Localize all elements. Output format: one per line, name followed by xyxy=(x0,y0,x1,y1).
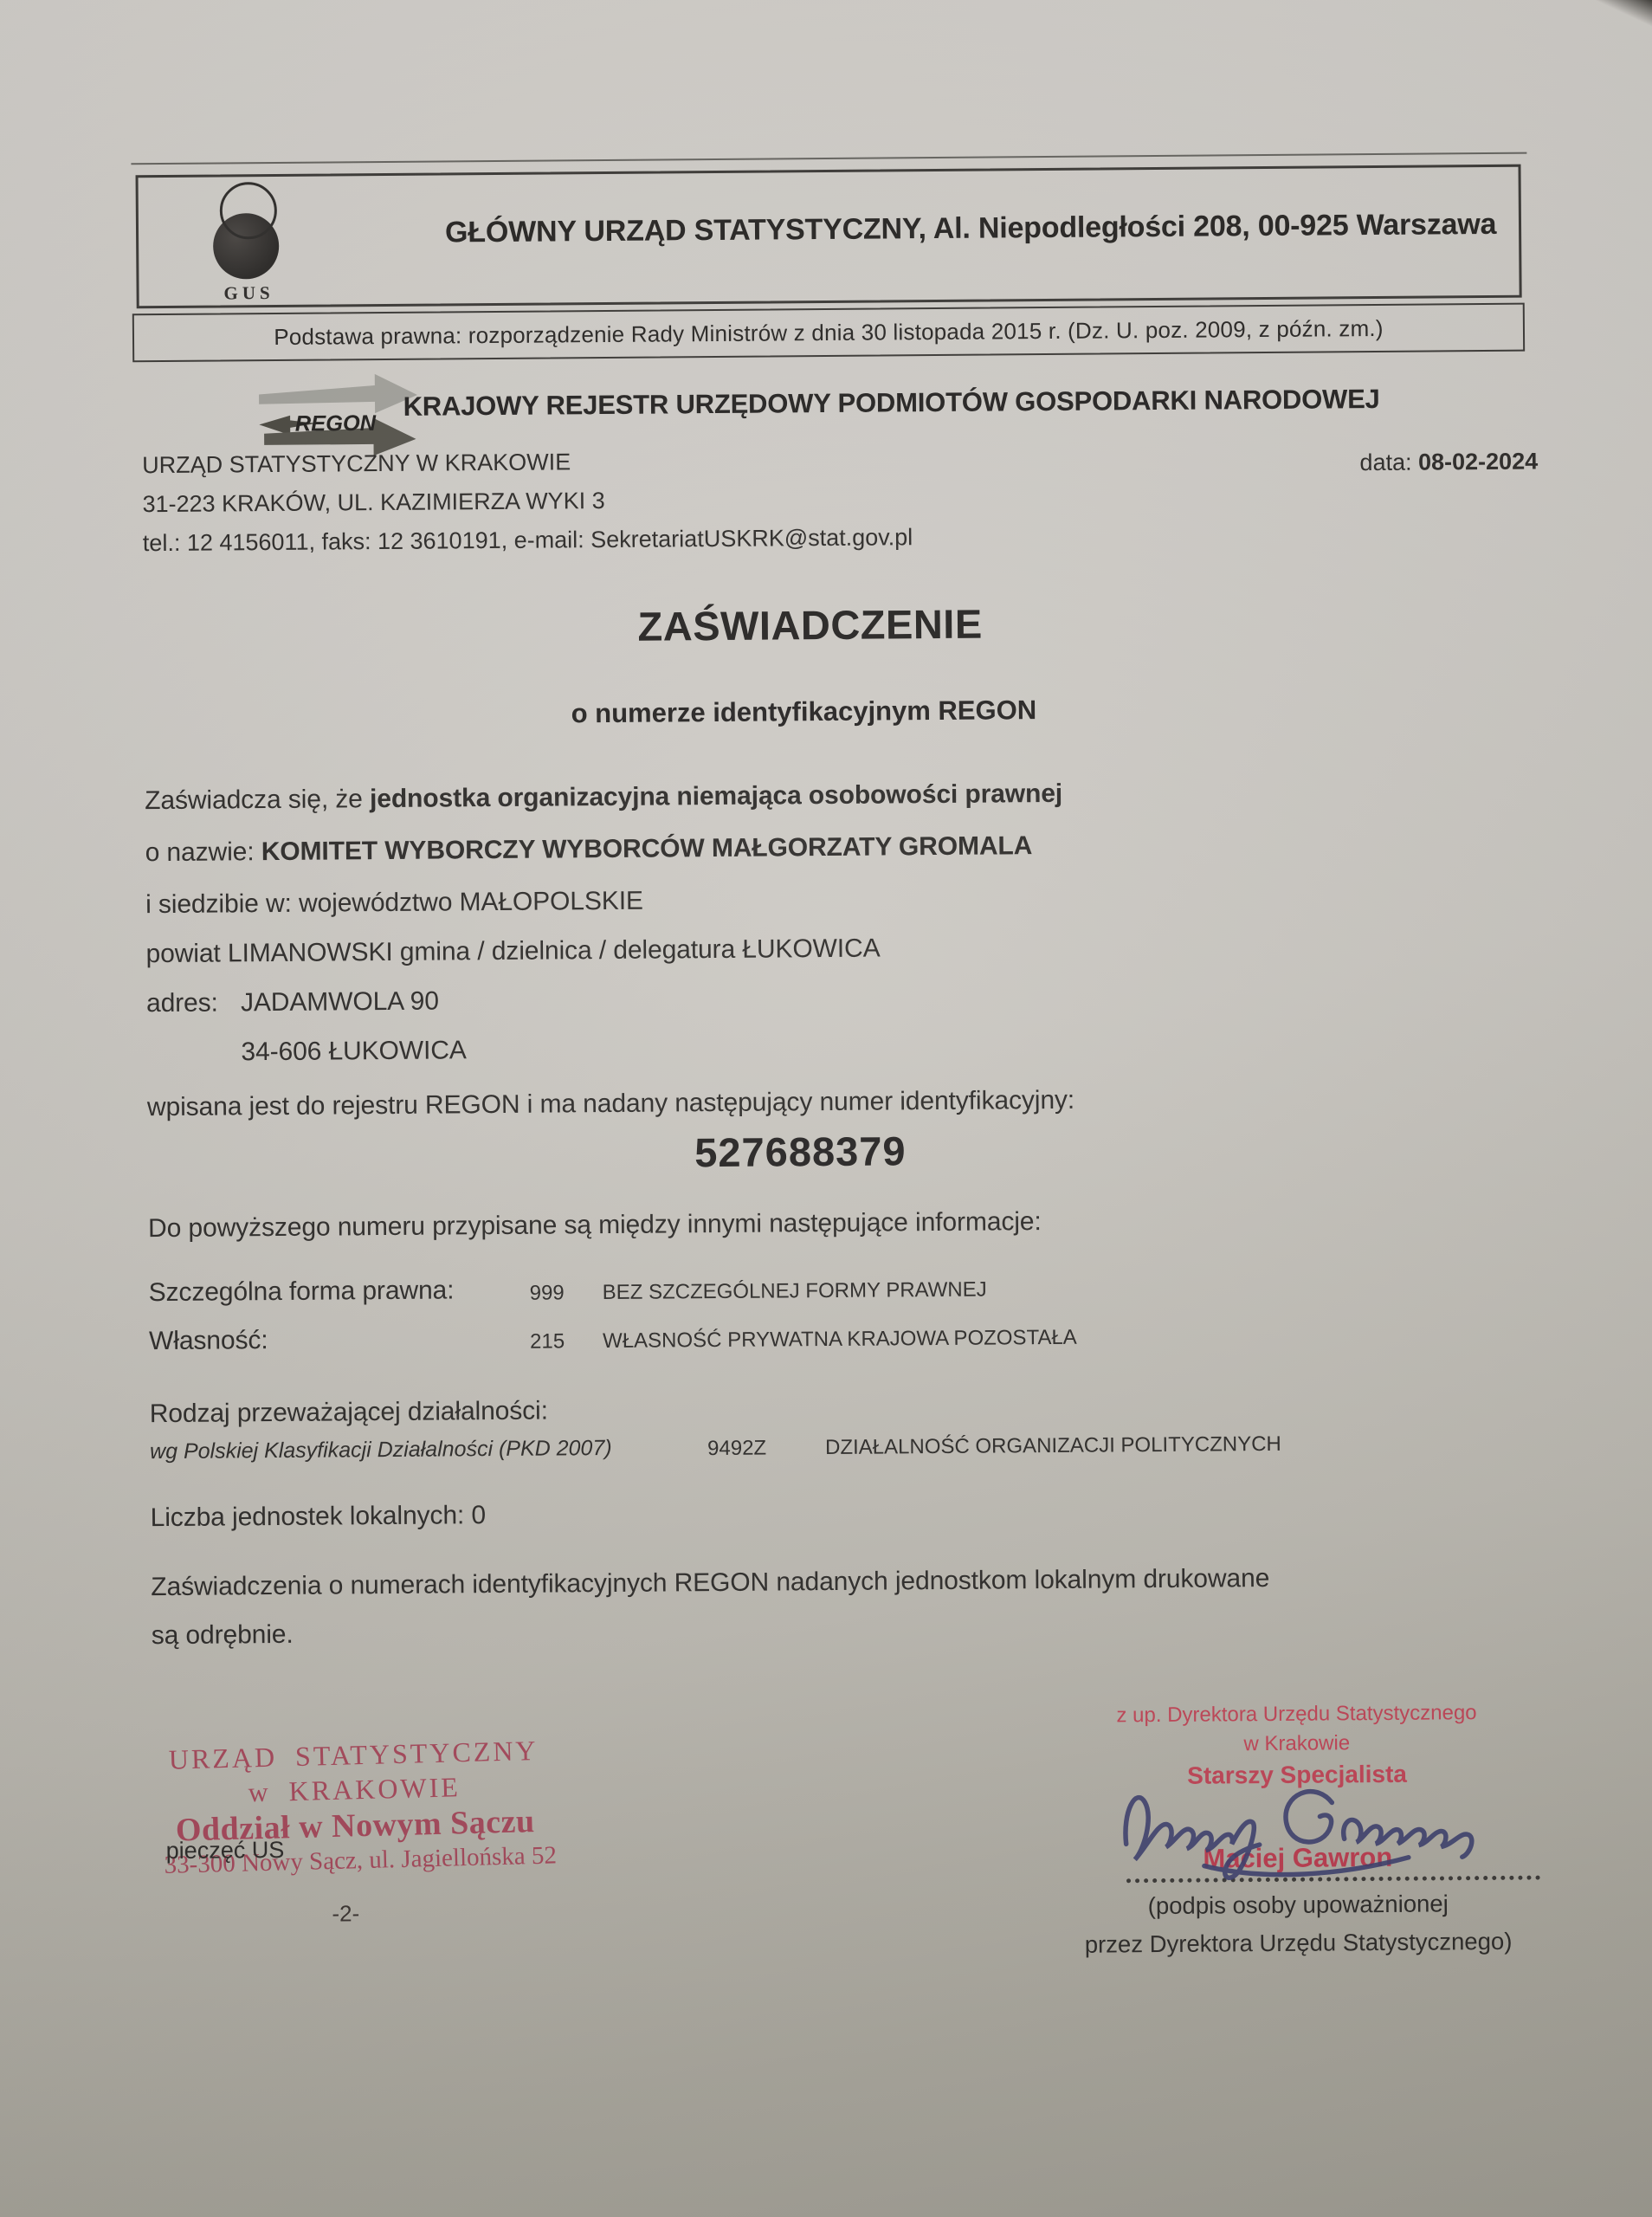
date-label: data: xyxy=(1359,449,1418,476)
seat-line: i siedzibie w: województwo MAŁOPOLSKIE xyxy=(145,887,643,921)
info-line: Do powyższego numeru przypisane są międz… xyxy=(148,1207,1042,1244)
header-top-rule xyxy=(131,152,1526,165)
office-name: URZĄD STATYSTYCZNY W KRAKOWIE xyxy=(142,449,571,479)
wlasnosc-desc: WŁASNOŚĆ PRYWATNA KRAJOWA POZOSTAŁA xyxy=(603,1326,1077,1354)
regon-logo-text: REGON xyxy=(295,411,377,436)
gus-logo-ring-icon xyxy=(220,182,278,240)
forma-desc: BEZ SZCZEGÓLNEJ FORMY PRAWNEJ xyxy=(603,1278,987,1305)
footnote-line2: są odrębnie. xyxy=(152,1620,294,1651)
legal-basis-text: Podstawa prawna: rozporządzenie Rady Min… xyxy=(274,314,1384,350)
pkd-code: 9492Z xyxy=(707,1437,766,1462)
pkd-label: wg Polskiej Klasyfikacji Działalności (P… xyxy=(150,1436,612,1464)
dzialalnosc-label: Rodzaj przeważającej działalności: xyxy=(150,1397,548,1430)
gus-logo-text: GUS xyxy=(202,282,297,305)
office-contact: tel.: 12 4156011, faks: 12 3610191, e-ma… xyxy=(143,524,913,557)
regon-logo-icon: REGON xyxy=(252,371,424,457)
wlasnosc-code: 215 xyxy=(530,1329,565,1354)
intro-bold: jednostka organizacyjna niemająca osobow… xyxy=(370,779,1062,813)
date-line: data: 08-02-2024 xyxy=(1174,449,1538,478)
regon-number: 527688379 xyxy=(0,1121,1627,1182)
pkd-desc: DZIAŁALNOŚĆ ORGANIZACJI POLITYCZNYCH xyxy=(825,1432,1281,1460)
footnote-line1: Zaświadczenia o numerach identyfikacyjny… xyxy=(151,1564,1269,1602)
legal-basis-box: Podstawa prawna: rozporządzenie Rady Min… xyxy=(132,303,1525,363)
office-address: 31-223 KRAKÓW, UL. KAZIMIERZA WYKI 3 xyxy=(142,488,604,518)
local-units-line: Liczba jednostek lokalnych: 0 xyxy=(151,1501,487,1533)
address-label: adres: xyxy=(146,989,218,1019)
intro-prefix: Zaświadcza się, że xyxy=(145,785,370,815)
register-line: wpisana jest do rejestru REGON i ma nada… xyxy=(147,1086,1074,1122)
forma-code: 999 xyxy=(530,1281,565,1305)
gus-logo: GUS xyxy=(201,180,297,304)
right-stamp-line2: w Krakowie xyxy=(1046,1729,1548,1758)
document-subtitle: o numerze identyfikacyjnym REGON xyxy=(0,690,1630,734)
signature-ink xyxy=(1100,1758,1516,1900)
document-title: ZAŚWIADCZENIE xyxy=(0,595,1636,656)
intro-line: Zaświadcza się, że jednostka organizacyj… xyxy=(145,779,1062,816)
signature-caption2: przez Dyrektora Urzędu Statystycznego) xyxy=(1047,1927,1549,1959)
page-number: -2- xyxy=(224,1899,467,1928)
right-stamp-line1: z up. Dyrektora Urzędu Statystycznego xyxy=(1045,1700,1547,1729)
wlasnosc-label: Własność: xyxy=(149,1326,268,1356)
date-value: 08-02-2024 xyxy=(1418,449,1538,475)
stamp-placeholder-label: pieczęć US xyxy=(166,1837,285,1865)
name-value: KOMITET WYBORCZY WYBORCÓW MAŁGORZATY GRO… xyxy=(261,831,1033,866)
name-line: o nazwie: KOMITET WYBORCZY WYBORCÓW MAŁG… xyxy=(145,831,1033,868)
address-value: JADAMWOLA 90 xyxy=(241,987,439,1018)
address-value2: 34-606 ŁUKOWICA xyxy=(241,1036,467,1067)
registry-line: KRAJOWY REJESTR URZĘDOWY PODMIOTÓW GOSPO… xyxy=(403,384,1379,423)
left-office-stamp: URZĄD STATYSTYCZNY w KRAKOWIE Oddział w … xyxy=(119,1733,587,1745)
document-page: GUS GŁÓWNY URZĄD STATYSTYCZNY, Al. Niepo… xyxy=(0,0,1652,2217)
forma-label: Szczególna forma prawna: xyxy=(149,1276,455,1308)
powiat-line: powiat LIMANOWSKI gmina / dzielnica / de… xyxy=(145,934,880,970)
name-label: o nazwie: xyxy=(145,837,261,867)
